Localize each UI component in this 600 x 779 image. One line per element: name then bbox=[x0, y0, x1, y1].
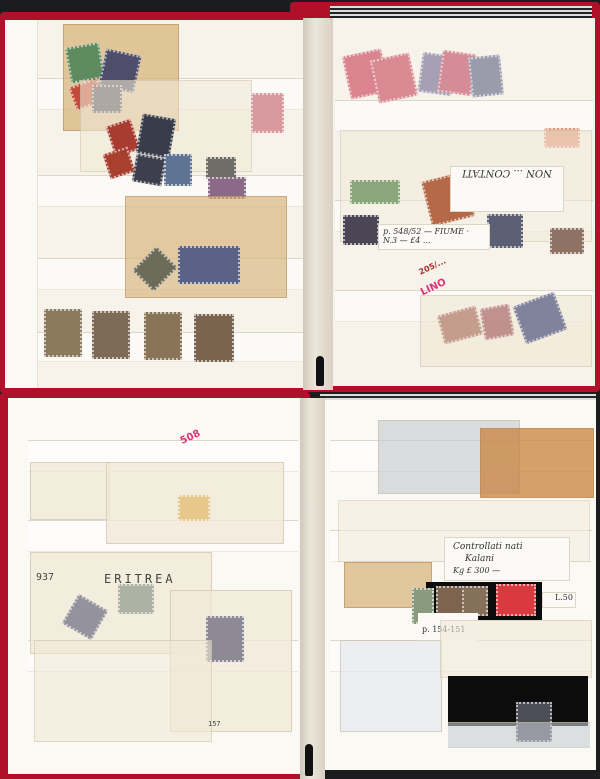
stamp-slate-portrait bbox=[132, 154, 166, 187]
album-spine-top bbox=[303, 18, 333, 390]
stamp-brown-pictorial bbox=[44, 309, 82, 357]
stamp-brown-poste-italiane bbox=[462, 586, 488, 616]
stamp-brown-pictorial bbox=[550, 228, 584, 254]
value-label: L.50 bbox=[542, 592, 576, 608]
handwritten-number: 937 bbox=[36, 572, 54, 583]
stamp-pink-overprint bbox=[251, 93, 284, 133]
album-clasp-top bbox=[316, 356, 324, 386]
note-text: L.50 bbox=[555, 593, 573, 602]
album-spine-bottom bbox=[300, 398, 325, 779]
stamp-mixed-pictorials bbox=[479, 304, 514, 341]
stamp-dark-pictorial bbox=[343, 215, 379, 245]
album-clasp-bottom bbox=[305, 744, 313, 776]
stamp-brown-pictorial bbox=[144, 312, 182, 360]
handwritten-note: NON ... CONTATI bbox=[450, 166, 564, 212]
stock-strip bbox=[448, 722, 590, 748]
glassine-envelope bbox=[440, 620, 592, 678]
note-text: NON ... CONTATI bbox=[451, 167, 563, 186]
glassine-envelope bbox=[34, 640, 212, 742]
glassine-envelope bbox=[480, 428, 594, 498]
note-text: 937 bbox=[36, 572, 54, 583]
glassine-envelope bbox=[30, 462, 110, 520]
stamp-green-pictorial bbox=[350, 180, 400, 204]
stamp-grey-pictorial bbox=[118, 584, 154, 614]
stamp-brown-pictorial bbox=[92, 311, 130, 359]
stamp-blue-portrait bbox=[164, 154, 192, 186]
stamp-green-pictorial bbox=[65, 42, 105, 83]
stamp-red-poste-italiane bbox=[496, 584, 536, 616]
stamp-brown-pictorial bbox=[194, 314, 234, 362]
note-text: Controllati nati bbox=[453, 541, 561, 553]
note-text: p. 548/52 — FIUME · N.3 — £4 ... bbox=[383, 227, 469, 245]
stamp-grey-overprint bbox=[468, 54, 504, 97]
note-text: 157 bbox=[208, 720, 221, 728]
handwritten-note: Controllati nati Kalani Kg £ 300 — bbox=[444, 537, 570, 581]
page-margin-top-left bbox=[5, 20, 38, 388]
stamp-blue-tank-repubblica-italiana bbox=[178, 246, 240, 284]
stamp-grey-portrait bbox=[206, 157, 236, 179]
stamp-dark-pictorial bbox=[487, 214, 523, 248]
note-text: Kg £ 300 — bbox=[453, 565, 561, 577]
stamp-brown-poste-italiane bbox=[436, 586, 464, 616]
note-text: Kalani bbox=[453, 553, 561, 565]
handwritten-number: 157 bbox=[208, 720, 221, 728]
glassine-envelope bbox=[340, 640, 442, 732]
handwritten-note: p. 548/52 — FIUME · N.3 — £4 ... bbox=[378, 224, 490, 250]
stamp-slate-portrait bbox=[136, 113, 176, 158]
stamp-yellow-single bbox=[178, 495, 210, 521]
